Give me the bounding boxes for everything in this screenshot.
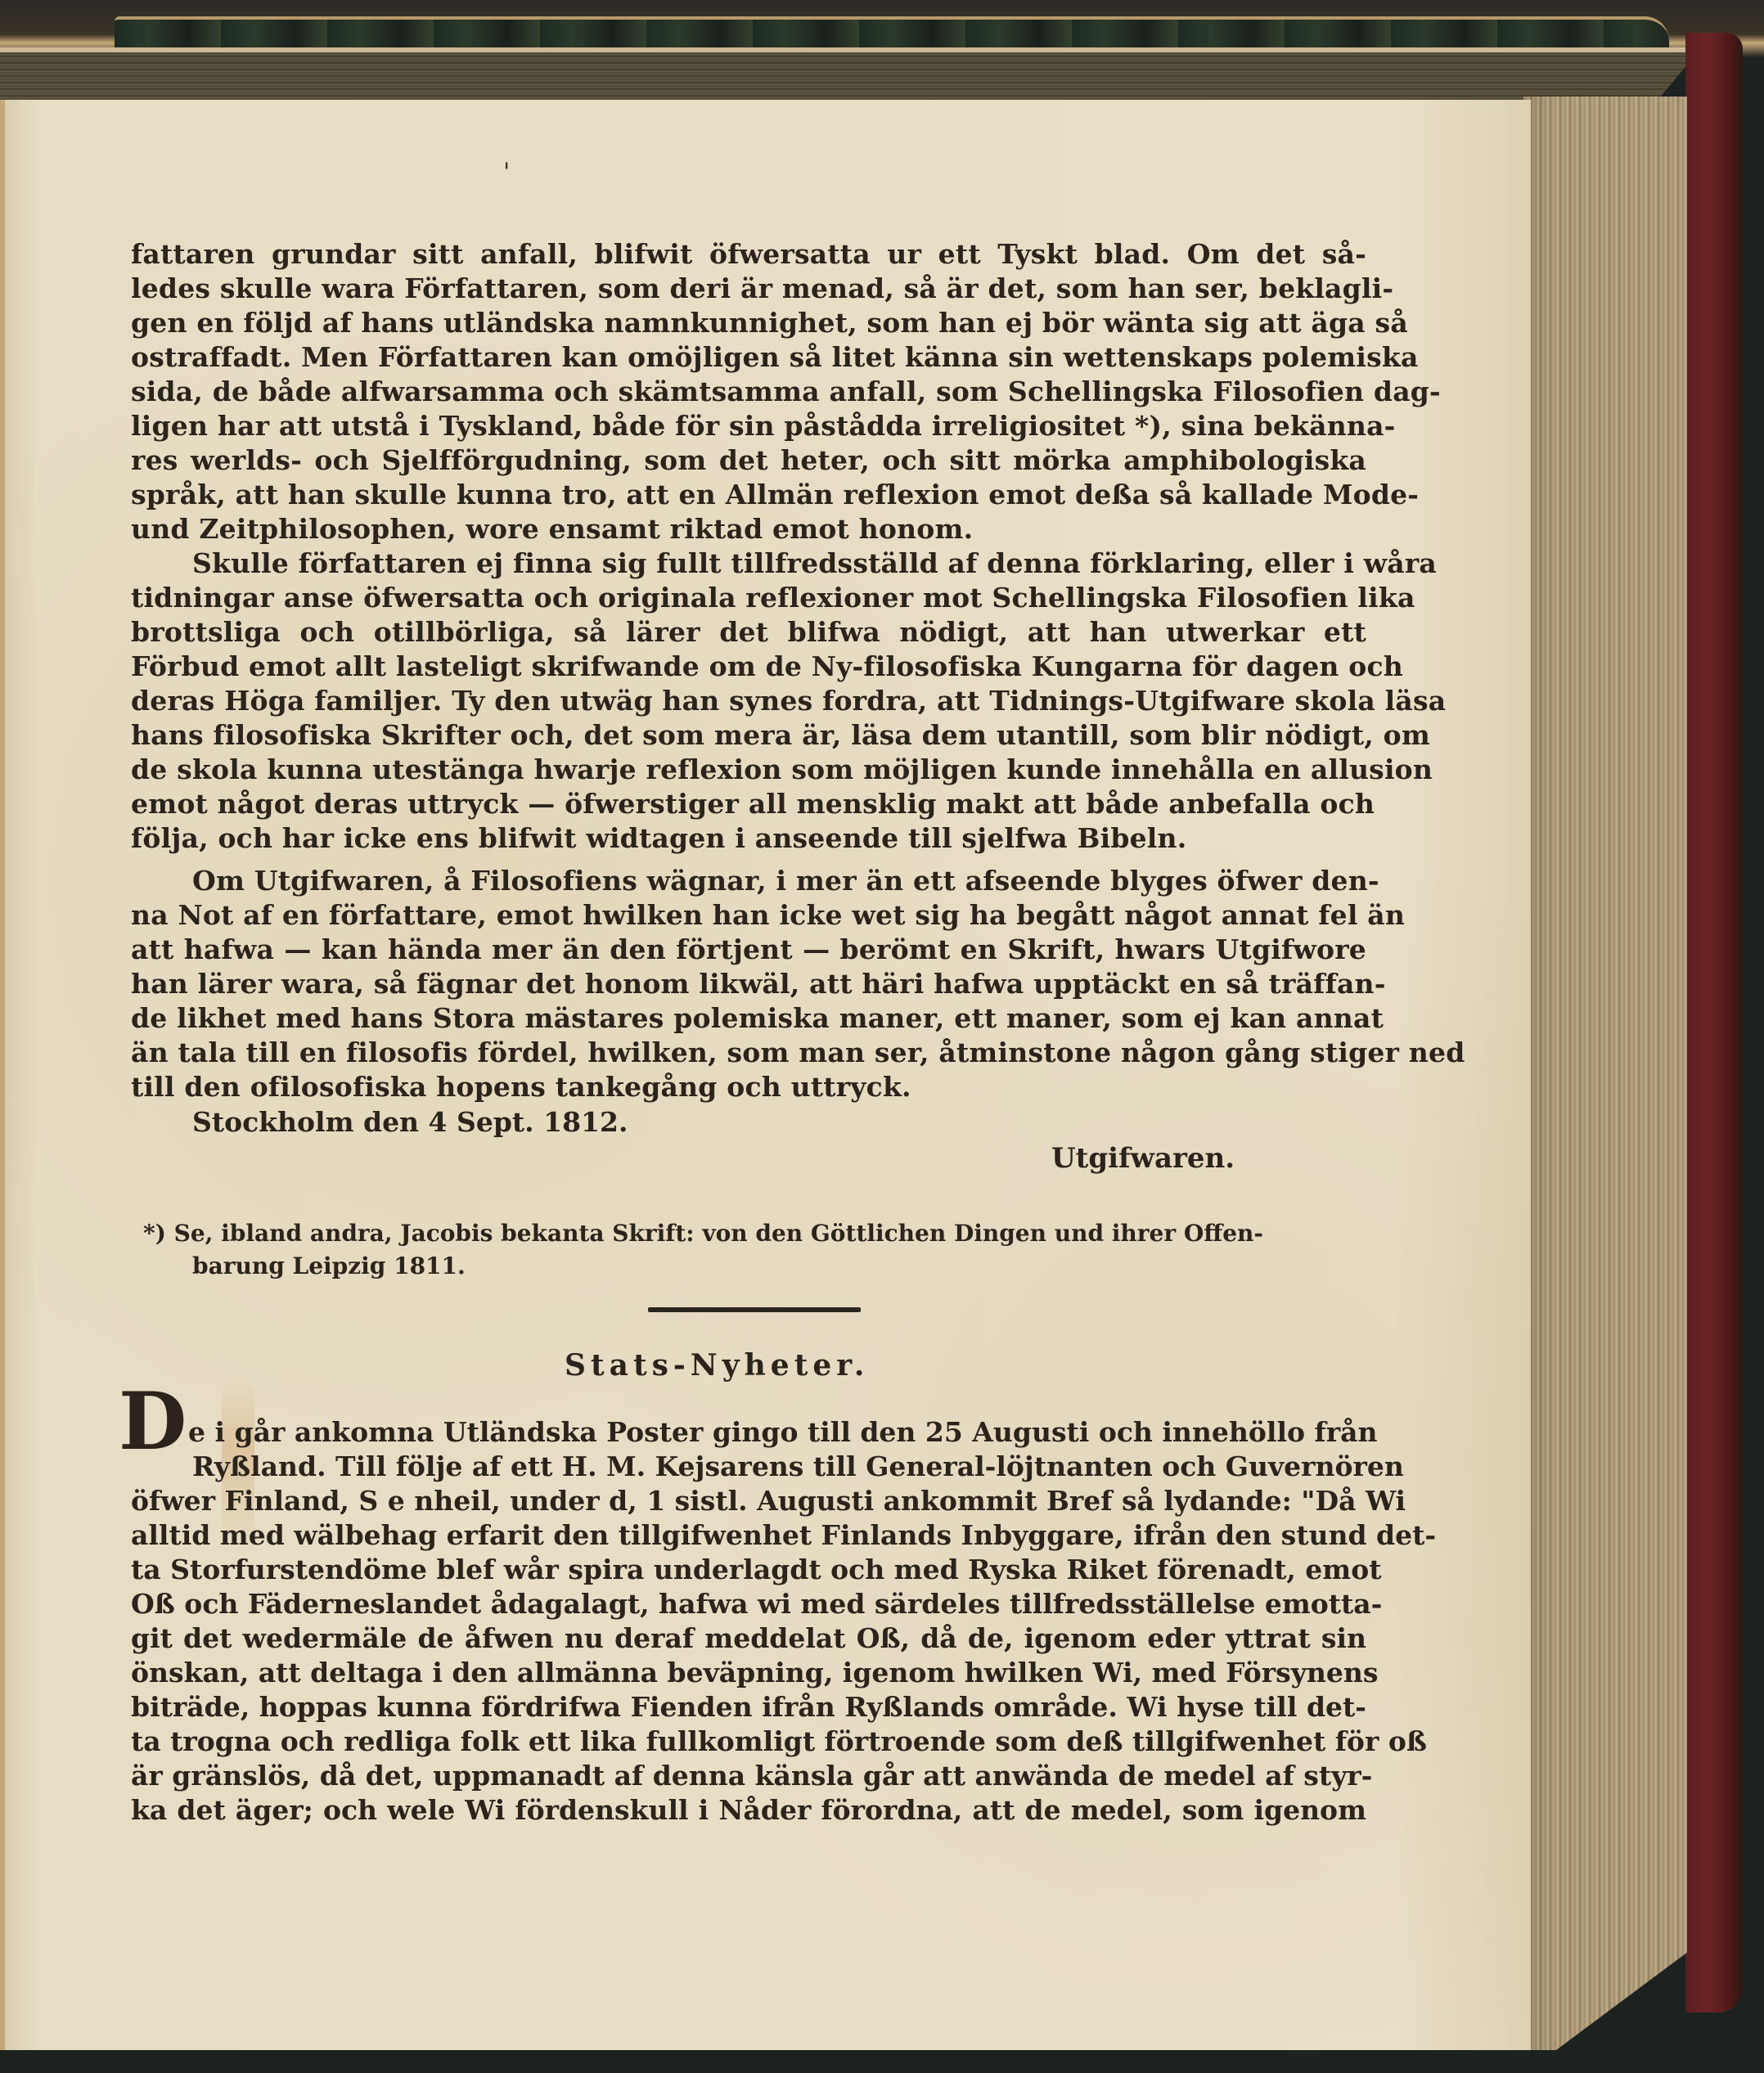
stray-ink-mark: ' bbox=[503, 158, 510, 187]
text-line: ledes skulle wara Författaren, som deri … bbox=[131, 272, 1366, 306]
text-line: följa, och har icke ens blifwit widtagen… bbox=[131, 821, 1366, 856]
text-line: Ryßland. Till följe af ett H. M. Kejsare… bbox=[131, 1450, 1366, 1484]
text-line: gen en följd af hans utländska namnkunni… bbox=[131, 306, 1366, 340]
text-line: till den ofilosofiska hopens tankegång o… bbox=[131, 1070, 1366, 1104]
text-line: språk, att han skulle kunna tro, att en … bbox=[131, 478, 1366, 512]
text-line: res werlds- och Sjelfförgudning, som det… bbox=[131, 443, 1366, 478]
paragraph-1: fattaren grundar sitt anfall, blifwit öf… bbox=[131, 237, 1366, 546]
text-line: emot något deras uttryck — öfwerstiger a… bbox=[131, 787, 1366, 821]
text-line: ta trogna och redliga folk ett lika full… bbox=[131, 1725, 1366, 1759]
text-line: Om Utgifwaren, å Filosofiens wägnar, i m… bbox=[131, 864, 1366, 898]
text-line: git det wedermäle de åfwen nu deraf medd… bbox=[131, 1621, 1366, 1656]
section-divider bbox=[648, 1307, 861, 1312]
news-paragraph: e i går ankomna Utländska Poster gingo t… bbox=[131, 1415, 1366, 1828]
text-line: ostraffadt. Men Författaren kan omöjlige… bbox=[131, 340, 1366, 375]
text-line: alltid med wälbehag erfarit den tillgifw… bbox=[131, 1518, 1366, 1553]
section-heading: Stats-Nyheter. bbox=[565, 1348, 974, 1383]
text-line: sida, de både alfwarsamma och skämtsamma… bbox=[131, 375, 1366, 409]
text-line: Förbud emot allt lasteligt skrifwande om… bbox=[131, 650, 1366, 684]
footnote-line: barung Leipzig 1811. bbox=[143, 1250, 1370, 1283]
dateline: Stockholm den 4 Sept. 1812. bbox=[192, 1106, 628, 1138]
text-line: han lärer wara, så fägnar det honom likw… bbox=[131, 967, 1366, 1001]
text-line: biträde, hoppas kunna fördrifwa Fienden … bbox=[131, 1690, 1366, 1725]
text-line: hans filosofiska Skrifter och, det som m… bbox=[131, 718, 1366, 753]
text-line: fattaren grundar sitt anfall, blifwit öf… bbox=[131, 237, 1366, 272]
text-line: de skola kunna utestänga hwarje reflexio… bbox=[131, 753, 1366, 787]
footnote-line: *) Se, ibland andra, Jacobis bekanta Skr… bbox=[143, 1217, 1370, 1250]
text-line: e i går ankomna Utländska Poster gingo t… bbox=[131, 1415, 1366, 1450]
text-line: att hafwa — kan hända mer än den förtjen… bbox=[131, 933, 1366, 967]
book-cover-right bbox=[1685, 33, 1743, 2012]
signature: Utgifwaren. bbox=[1051, 1142, 1235, 1175]
text-line: deras Höga familjer. Ty den utwäg han sy… bbox=[131, 684, 1366, 718]
footnote: *) Se, ibland andra, Jacobis bekanta Skr… bbox=[143, 1217, 1370, 1283]
text-line: na Not af en författare, emot hwilken ha… bbox=[131, 898, 1366, 933]
page-block-top-edge bbox=[0, 47, 1702, 108]
text-line: öfwer Finland, S e nheil, under d, 1 sis… bbox=[131, 1484, 1366, 1518]
text-line: Oß och Fäderneslandet ådagalagt, hafwa w… bbox=[131, 1587, 1366, 1621]
text-line: de likhet med hans Stora mästares polemi… bbox=[131, 1001, 1366, 1036]
text-line: ta Storfurstendöme blef wår spira underl… bbox=[131, 1553, 1366, 1587]
text-line: brottsliga och otillbörliga, så lärer de… bbox=[131, 615, 1366, 650]
text-line: und Zeitphilosophen, wore ensamt riktad … bbox=[131, 512, 1366, 546]
paragraph-2: Skulle författaren ej finna sig fullt ti… bbox=[131, 546, 1366, 856]
paragraph-3: Om Utgifwaren, å Filosofiens wägnar, i m… bbox=[131, 864, 1366, 1104]
text-line: än tala till en filosofis fördel, hwilke… bbox=[131, 1036, 1366, 1070]
text-line: ka det äger; och wele Wi fördenskull i N… bbox=[131, 1793, 1366, 1828]
text-line: Skulle författaren ej finna sig fullt ti… bbox=[131, 546, 1366, 581]
text-line: tidningar anse öfwersatta och originala … bbox=[131, 581, 1366, 615]
text-line: önskan, att deltaga i den allmänna beväp… bbox=[131, 1656, 1366, 1690]
text-line: är gränslös, då det, uppmanadt af denna … bbox=[131, 1759, 1366, 1793]
text-line: ligen har att utstå i Tyskland, både för… bbox=[131, 409, 1366, 443]
